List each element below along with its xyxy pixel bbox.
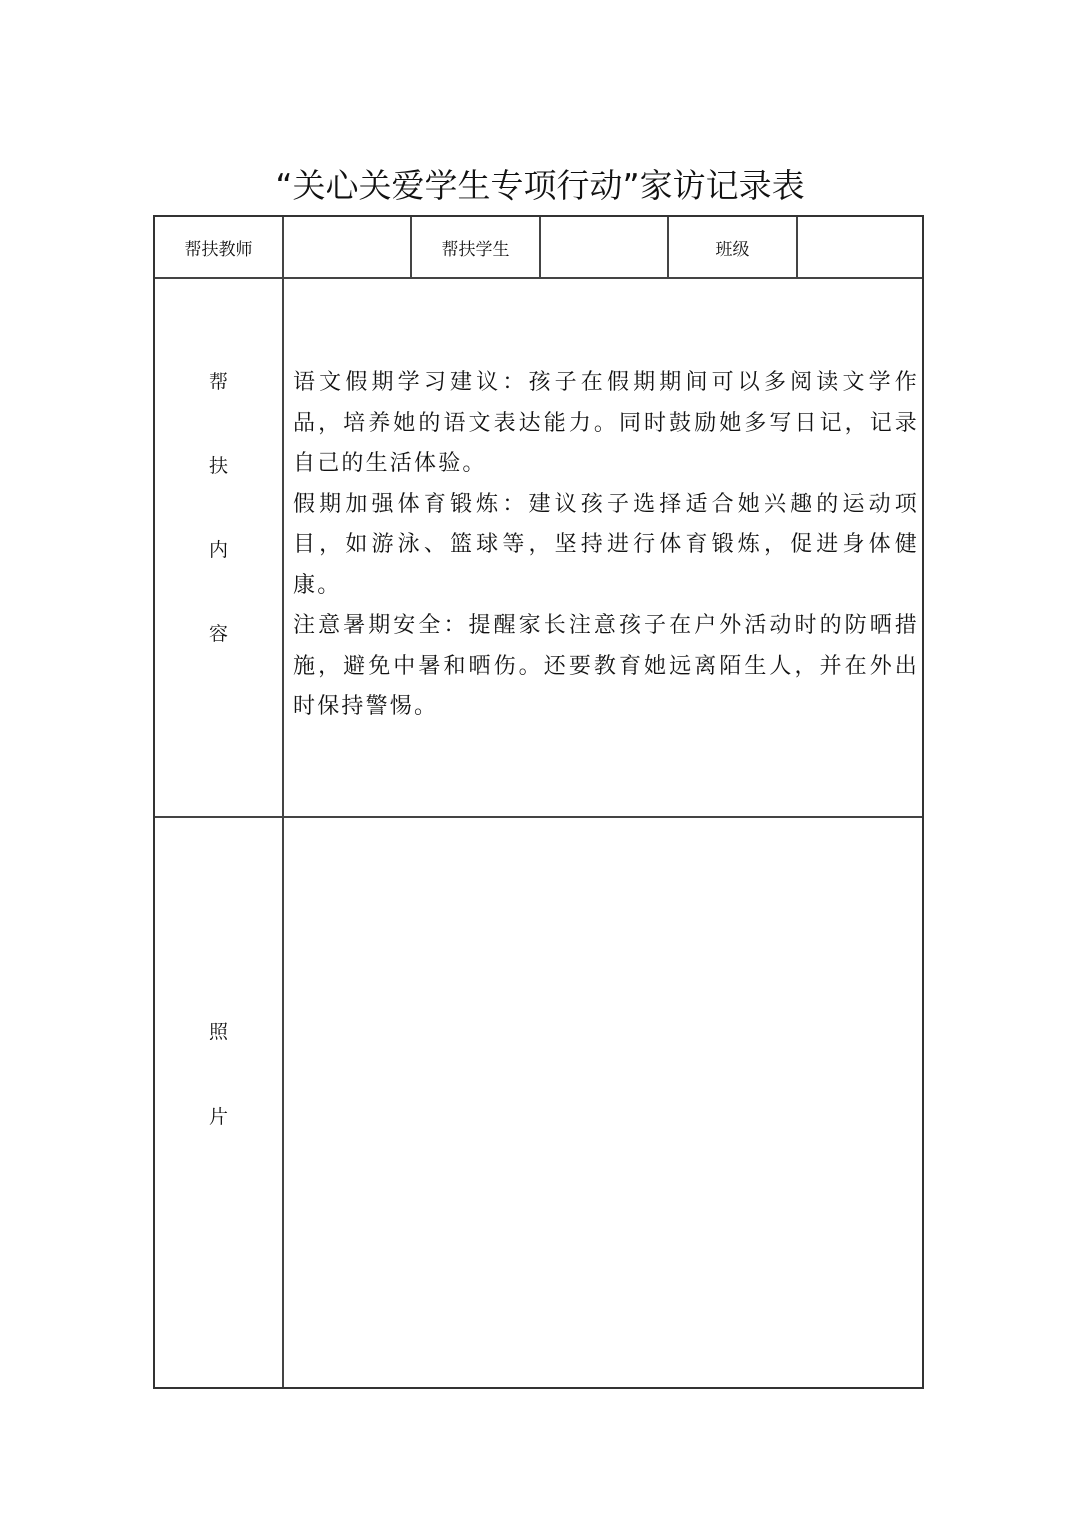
class-label: 班级 <box>669 217 796 277</box>
summer-safety-advice: 注意暑期安全：提醒家长注意孩子在户外活动时的防晒措施，避免中暑和晒伤。还要教育她… <box>293 606 919 728</box>
support-content-label: 帮 扶 内 容 <box>155 367 282 703</box>
row-divider <box>155 277 922 279</box>
teacher-label: 帮扶教师 <box>155 217 282 277</box>
support-content-text: 语文假期学习建议：孩子在假期期间可以多阅读文学作品，培养她的语文表达能力。同时鼓… <box>293 363 919 728</box>
document-title: “关心关爱学生专项行动”家访记录表 <box>0 164 1080 208</box>
class-value-field[interactable] <box>798 217 922 277</box>
photo-label: 照 片 <box>155 1017 282 1187</box>
chinese-study-advice: 语文假期学习建议：孩子在假期期间可以多阅读文学作品，培养她的语文表达能力。同时鼓… <box>293 363 919 485</box>
teacher-value-field[interactable] <box>284 217 410 277</box>
home-visit-record-table: 帮扶教师 帮扶学生 班级 帮 扶 内 容 语文假期学习建议：孩子在假期期间可以多… <box>153 215 924 1389</box>
student-value-field[interactable] <box>541 217 667 277</box>
photo-area <box>284 818 922 1387</box>
student-label: 帮扶学生 <box>412 217 539 277</box>
physical-exercise-advice: 假期加强体育锻炼：建议孩子选择适合她兴趣的运动项目，如游泳、篮球等，坚持进行体育… <box>293 485 919 607</box>
